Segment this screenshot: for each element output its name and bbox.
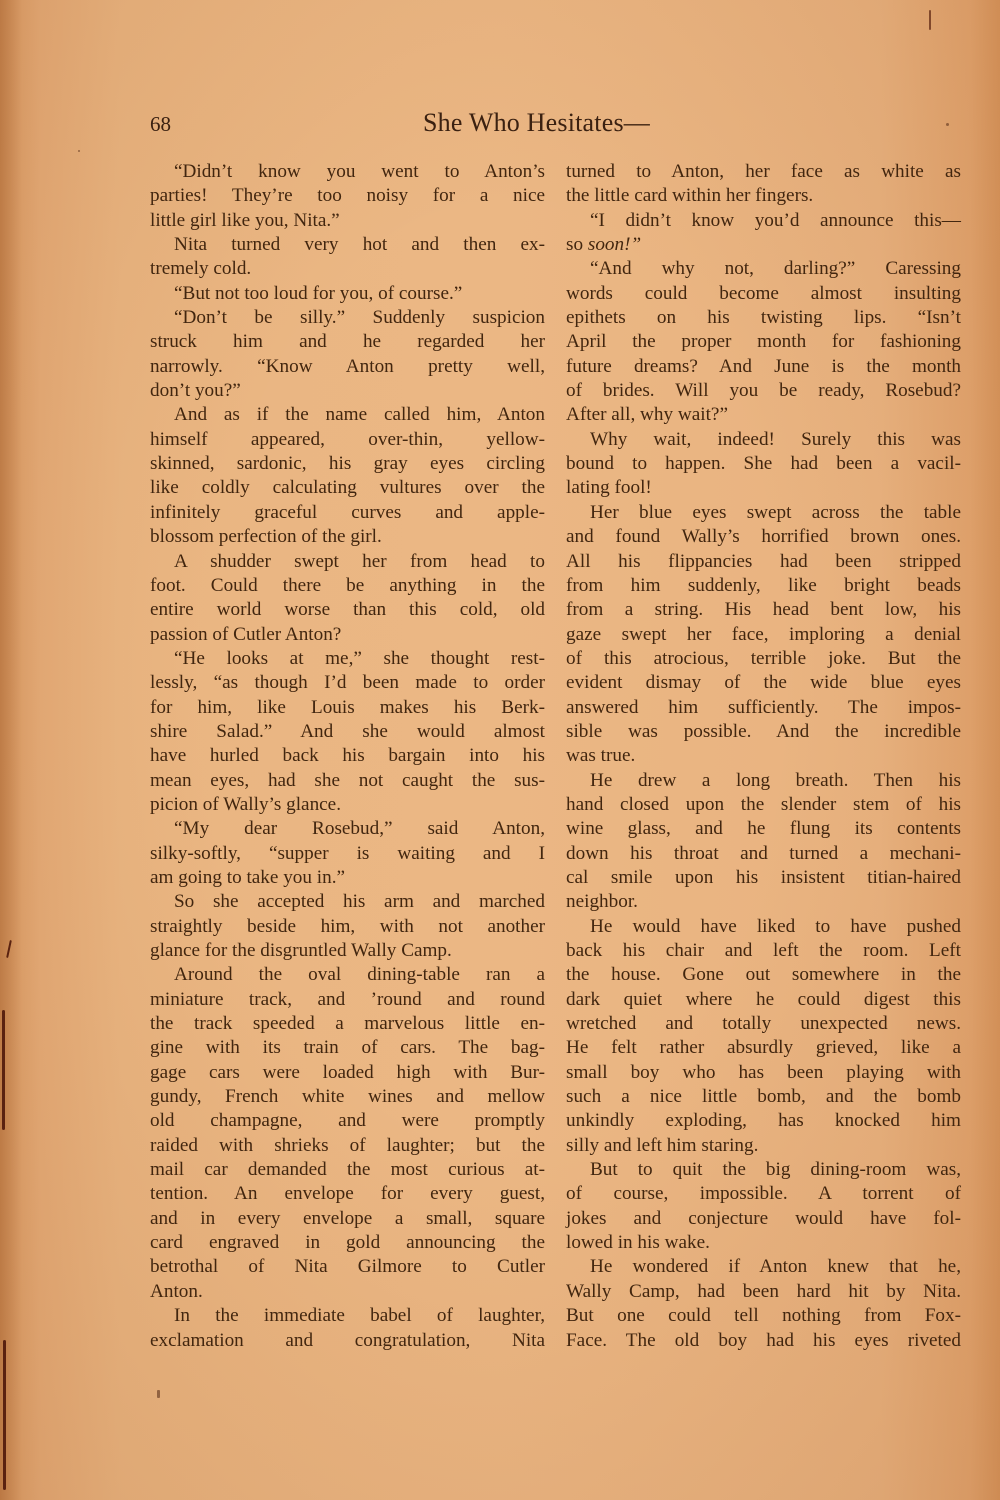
text-line: and found Wally’s horrified brown ones. [566, 525, 961, 549]
text-line-content: wine glass, and he flung its contents [566, 818, 961, 839]
text-line-content: Face. The old boy had his eyes riveted [566, 1330, 961, 1351]
text-line-content: like coldly calculating vultures over th… [150, 477, 545, 498]
text-line: parties! They’re too noisy for a nice [150, 184, 545, 208]
text-line-content: old champagne, and were promptly [150, 1110, 545, 1131]
text-line-content: straightly beside him, with not another [150, 916, 545, 937]
text-line: Face. The old boy had his eyes riveted [566, 1329, 961, 1353]
text-line-content: All his flippancies had been stripped [566, 551, 961, 572]
text-line-content: foot. Could there be anything in the [150, 575, 545, 596]
text-line-content: entire world worse than this cold, old [150, 599, 545, 620]
text-line: “I didn’t know you’d announce this— [566, 209, 961, 233]
text-line: April the proper month for fashioning [566, 330, 961, 354]
right-text-column: turned to Anton, her face as white asthe… [566, 160, 961, 1353]
page-edge-shadow [0, 0, 22, 1500]
text-line-content: A shudder swept her from head to [174, 551, 545, 572]
text-line: exclamation and congratulation, Nita [150, 1329, 545, 1353]
text-line: glance for the disgruntled Wally Camp. [150, 939, 545, 963]
page-number: 68 [150, 112, 171, 137]
text-line-content: and found Wally’s horrified brown ones. [566, 526, 961, 547]
text-line: jokes and conjecture would have fol- [566, 1207, 961, 1231]
text-line-content: mail car demanded the most curious at- [150, 1159, 545, 1180]
text-line-content: am going to take you in.” [150, 867, 345, 888]
text-line-content: infinitely graceful curves and apple- [150, 502, 545, 523]
text-line-content: He felt rather absurdly grieved, like a [566, 1037, 961, 1058]
book-page: 68 She Who Hesitates— “Didn’t know you w… [0, 0, 1000, 1500]
text-line-content: Anton. [150, 1281, 203, 1302]
text-line: “And why not, darling?” Caressing [566, 257, 961, 281]
text-line: and in every envelope a small, square [150, 1207, 545, 1231]
text-line-content: “Don’t be silly.” Suddenly suspicion [174, 307, 545, 328]
binding-mark [929, 10, 931, 30]
text-line: “Didn’t know you went to Anton’s [150, 160, 545, 184]
text-line-content: narrowly. “Know Anton pretty well, [150, 356, 545, 377]
text-line-content: gundy, French white wines and mellow [150, 1086, 545, 1107]
text-line-content: skinned, sardonic, his gray eyes circlin… [150, 453, 545, 474]
text-line: All his flippancies had been stripped [566, 550, 961, 574]
text-line-content: so [566, 234, 588, 255]
text-line: picion of Wally’s glance. [150, 793, 545, 817]
text-line: like coldly calculating vultures over th… [150, 476, 545, 500]
text-line: But one could tell nothing from Fox- [566, 1304, 961, 1328]
text-line: blossom perfection of the girl. [150, 525, 545, 549]
text-line-content: glance for the disgruntled Wally Camp. [150, 940, 452, 961]
text-line-content: cal smile upon his insistent titian-hair… [566, 867, 961, 888]
text-line-content: Wally Camp, had been hard hit by Nita. [566, 1281, 961, 1302]
text-line-content: He drew a long breath. Then his [590, 770, 961, 791]
text-line: miniature track, and ’round and round [150, 988, 545, 1012]
text-line: mail car demanded the most curious at- [150, 1158, 545, 1182]
text-line: Her blue eyes swept across the table [566, 501, 961, 525]
text-line-content: was true. [566, 745, 635, 766]
text-line: Anton. [150, 1280, 545, 1304]
text-line: so soon!” [566, 233, 961, 257]
text-line: raided with shrieks of laughter; but the [150, 1134, 545, 1158]
text-line: gage cars were loaded high with Bur- [150, 1061, 545, 1085]
text-line: little girl like you, Nita.” [150, 209, 545, 233]
text-line-content: bound to happen. She had been a vacil- [566, 453, 961, 474]
page-header: 68 She Who Hesitates— [150, 108, 960, 142]
binding-mark [2, 1010, 5, 1130]
text-line-content: turned to Anton, her face as white as [566, 161, 961, 182]
text-line-content: lating fool! [566, 477, 652, 498]
text-line: straightly beside him, with not another [150, 915, 545, 939]
text-line-content: the little card within her fingers. [566, 185, 813, 206]
text-line-content: future dreams? And June is the month [566, 356, 961, 377]
text-line: In the immediate babel of laughter, [150, 1304, 545, 1328]
text-line-content: silky-softly, “supper is waiting and I [150, 843, 545, 864]
text-line: epithets on his twisting lips. “Isn’t [566, 306, 961, 330]
text-line: bound to happen. She had been a vacil- [566, 452, 961, 476]
text-line-content: of course, impossible. A torrent of [566, 1183, 961, 1204]
text-line-content: of this atrocious, terrible joke. But th… [566, 648, 961, 669]
text-line-content: from him suddenly, like bright beads [566, 575, 961, 596]
text-line-content: don’t you?” [150, 380, 241, 401]
text-line: the house. Gone out somewhere in the [566, 963, 961, 987]
text-line: betrothal of Nita Gilmore to Cutler [150, 1255, 545, 1279]
text-line-content: down his throat and turned a mechani- [566, 843, 961, 864]
text-line: Wally Camp, had been hard hit by Nita. [566, 1280, 961, 1304]
text-line: am going to take you in.” [150, 866, 545, 890]
text-line-content: blossom perfection of the girl. [150, 526, 382, 547]
text-line: Why wait, indeed! Surely this was [566, 428, 961, 452]
text-line-content: from a string. His head bent low, his [566, 599, 961, 620]
text-line: cal smile upon his insistent titian-hair… [566, 866, 961, 890]
text-line-content: picion of Wally’s glance. [150, 794, 341, 815]
text-line-content: “And why not, darling?” Caressing [590, 258, 961, 279]
text-line-content: gage cars were loaded high with Bur- [150, 1062, 545, 1083]
text-line-content: dark quiet where he could digest this [566, 989, 961, 1010]
text-line: sible was possible. And the incredible [566, 720, 961, 744]
text-line-content: parties! They’re too noisy for a nice [150, 185, 545, 206]
text-line: of this atrocious, terrible joke. But th… [566, 647, 961, 671]
text-line: infinitely graceful curves and apple- [150, 501, 545, 525]
text-line-content: So she accepted his arm and marched [174, 891, 545, 912]
text-line-content: lowed in his wake. [566, 1232, 710, 1253]
text-line: such a nice little bomb, and the bomb [566, 1085, 961, 1109]
text-line-content: silly and left him staring. [566, 1135, 758, 1156]
text-line: skinned, sardonic, his gray eyes circlin… [150, 452, 545, 476]
text-line: He would have liked to have pushed [566, 915, 961, 939]
text-line: unkindly exploding, has knocked him [566, 1109, 961, 1133]
text-line-content: After all, why wait?” [566, 404, 728, 425]
text-line: Nita turned very hot and then ex- [150, 233, 545, 257]
text-line: don’t you?” [150, 379, 545, 403]
text-line: “He looks at me,” she thought rest- [150, 647, 545, 671]
text-line: have hurled back his bargain into his [150, 744, 545, 768]
paper-speck [157, 1390, 160, 1398]
text-line-content: “He looks at me,” she thought rest- [174, 648, 545, 669]
text-line: struck him and he regarded her [150, 330, 545, 354]
text-line-content: such a nice little bomb, and the bomb [566, 1086, 961, 1107]
text-line: entire world worse than this cold, old [150, 598, 545, 622]
text-line: the little card within her fingers. [566, 184, 961, 208]
text-line-content: evident dismay of the wide blue eyes [566, 672, 961, 693]
text-line: lowed in his wake. [566, 1231, 961, 1255]
text-line: shire Salad.” And she would almost [150, 720, 545, 744]
text-line-content: But one could tell nothing from Fox- [566, 1305, 961, 1326]
text-line-content: lessly, “as though I’d been made to orde… [150, 672, 545, 693]
text-line-content: miniature track, and ’round and round [150, 989, 545, 1010]
text-line-content: sible was possible. And the incredible [566, 721, 961, 742]
text-line-content: Nita turned very hot and then ex- [174, 234, 545, 255]
text-line: evident dismay of the wide blue eyes [566, 671, 961, 695]
text-line: “But not too loud for you, of course.” [150, 282, 545, 306]
paper-speck [78, 150, 80, 152]
text-line-content: card engraved in gold announcing the [150, 1232, 545, 1253]
text-line-content: of brides. Will you be ready, Rosebud? [566, 380, 961, 401]
text-line: So she accepted his arm and marched [150, 890, 545, 914]
binding-mark [3, 1340, 6, 1490]
text-line-content: mean eyes, had she not caught the sus- [150, 770, 545, 791]
text-line: He wondered if Anton knew that he, [566, 1255, 961, 1279]
text-line-content: epithets on his twisting lips. “Isn’t [566, 307, 961, 328]
text-line: silly and left him staring. [566, 1134, 961, 1158]
text-line: wretched and totally unexpected news. [566, 1012, 961, 1036]
text-line: foot. Could there be anything in the [150, 574, 545, 598]
text-line-content: gaze swept her face, imploring a denial [566, 624, 961, 645]
text-line: But to quit the big dining-room was, [566, 1158, 961, 1182]
text-line-content: He wondered if Anton knew that he, [590, 1256, 961, 1277]
text-line-content: and in every envelope a small, square [150, 1208, 545, 1229]
text-line: words could become almost insulting [566, 282, 961, 306]
text-line: of course, impossible. A torrent of [566, 1182, 961, 1206]
left-text-column: “Didn’t know you went to Anton’sparties!… [150, 160, 545, 1353]
text-line-content: “My dear Rosebud,” said Anton, [174, 818, 545, 839]
text-line: “Don’t be silly.” Suddenly suspicion [150, 306, 545, 330]
text-line-content: But to quit the big dining-room was, [590, 1159, 961, 1180]
text-line-content: struck him and he regarded her [150, 331, 545, 352]
text-line: “My dear Rosebud,” said Anton, [150, 817, 545, 841]
text-line-content: betrothal of Nita Gilmore to Cutler [150, 1256, 545, 1277]
text-line-content: the house. Gone out somewhere in the [566, 964, 961, 985]
text-line: silky-softly, “supper is waiting and I [150, 842, 545, 866]
text-line: the track speeded a marvelous little en- [150, 1012, 545, 1036]
text-line: mean eyes, had she not caught the sus- [150, 769, 545, 793]
text-line-content: tremely cold. [150, 258, 251, 279]
running-title: She Who Hesitates— [423, 108, 650, 138]
text-line: passion of Cutler Anton? [150, 623, 545, 647]
text-line-content: Why wait, indeed! Surely this was [590, 429, 961, 450]
text-line: neighbor. [566, 890, 961, 914]
text-line: lating fool! [566, 476, 961, 500]
text-line: from him suddenly, like bright beads [566, 574, 961, 598]
text-line-content: In the immediate babel of laughter, [174, 1305, 545, 1326]
text-line-content: neighbor. [566, 891, 638, 912]
text-line: old champagne, and were promptly [150, 1109, 545, 1133]
text-line-content: the track speeded a marvelous little en- [150, 1013, 545, 1034]
text-line: for him, like Louis makes his Berk- [150, 696, 545, 720]
text-line: hand closed upon the slender stem of his [566, 793, 961, 817]
text-line: dark quiet where he could digest this [566, 988, 961, 1012]
text-line: A shudder swept her from head to [150, 550, 545, 574]
text-line-content: tention. An envelope for every guest, [150, 1183, 545, 1204]
text-line: After all, why wait?” [566, 403, 961, 427]
text-line-content: exclamation and congratulation, Nita [150, 1330, 545, 1351]
text-line: himself appeared, over-thin, yellow- [150, 428, 545, 452]
text-line: lessly, “as though I’d been made to orde… [150, 671, 545, 695]
text-line-content: “But not too loud for you, of course.” [174, 283, 462, 304]
text-line-content: Around the oval dining-table ran a [174, 964, 545, 985]
text-line-content: “I didn’t know you’d announce this— [590, 210, 961, 231]
text-line: tention. An envelope for every guest, [150, 1182, 545, 1206]
text-line: tremely cold. [150, 257, 545, 281]
italic-emphasis: soon!” [588, 234, 641, 255]
text-line-content: wretched and totally unexpected news. [566, 1013, 961, 1034]
text-line: turned to Anton, her face as white as [566, 160, 961, 184]
text-line-content: And as if the name called him, Anton [174, 404, 545, 425]
text-line: And as if the name called him, Anton [150, 403, 545, 427]
text-line: back his chair and left the room. Left [566, 939, 961, 963]
text-line: card engraved in gold announcing the [150, 1231, 545, 1255]
text-line: small boy who has been playing with [566, 1061, 961, 1085]
text-line-content: small boy who has been playing with [566, 1062, 961, 1083]
text-line-content: gine with its train of cars. The bag- [150, 1037, 545, 1058]
text-line: wine glass, and he flung its contents [566, 817, 961, 841]
text-line: Around the oval dining-table ran a [150, 963, 545, 987]
text-line: from a string. His head bent low, his [566, 598, 961, 622]
text-line: answered him sufficiently. The impos- [566, 696, 961, 720]
text-line-content: have hurled back his bargain into his [150, 745, 545, 766]
text-line-content: shire Salad.” And she would almost [150, 721, 545, 742]
text-line-content: hand closed upon the slender stem of his [566, 794, 961, 815]
text-line: down his throat and turned a mechani- [566, 842, 961, 866]
text-line: gundy, French white wines and mellow [150, 1085, 545, 1109]
text-line-content: He would have liked to have pushed [590, 916, 961, 937]
text-line-content: raided with shrieks of laughter; but the [150, 1135, 545, 1156]
text-line: future dreams? And June is the month [566, 355, 961, 379]
text-line-content: “Didn’t know you went to Anton’s [174, 161, 545, 182]
text-line-content: April the proper month for fashioning [566, 331, 961, 352]
text-line: He felt rather absurdly grieved, like a [566, 1036, 961, 1060]
text-line-content: unkindly exploding, has knocked him [566, 1110, 961, 1131]
text-line: gine with its train of cars. The bag- [150, 1036, 545, 1060]
text-line-content: answered him sufficiently. The impos- [566, 697, 961, 718]
text-line-content: jokes and conjecture would have fol- [566, 1208, 961, 1229]
text-line-content: Her blue eyes swept across the table [590, 502, 961, 523]
text-line-content: passion of Cutler Anton? [150, 624, 341, 645]
text-line: narrowly. “Know Anton pretty well, [150, 355, 545, 379]
text-line: was true. [566, 744, 961, 768]
text-line-content: for him, like Louis makes his Berk- [150, 697, 545, 718]
text-line-content: words could become almost insulting [566, 283, 961, 304]
text-line-content: back his chair and left the room. Left [566, 940, 961, 961]
text-line: He drew a long breath. Then his [566, 769, 961, 793]
text-line-content: little girl like you, Nita.” [150, 210, 340, 231]
text-line-content: himself appeared, over-thin, yellow- [150, 429, 545, 450]
text-line: gaze swept her face, imploring a denial [566, 623, 961, 647]
text-line: of brides. Will you be ready, Rosebud? [566, 379, 961, 403]
